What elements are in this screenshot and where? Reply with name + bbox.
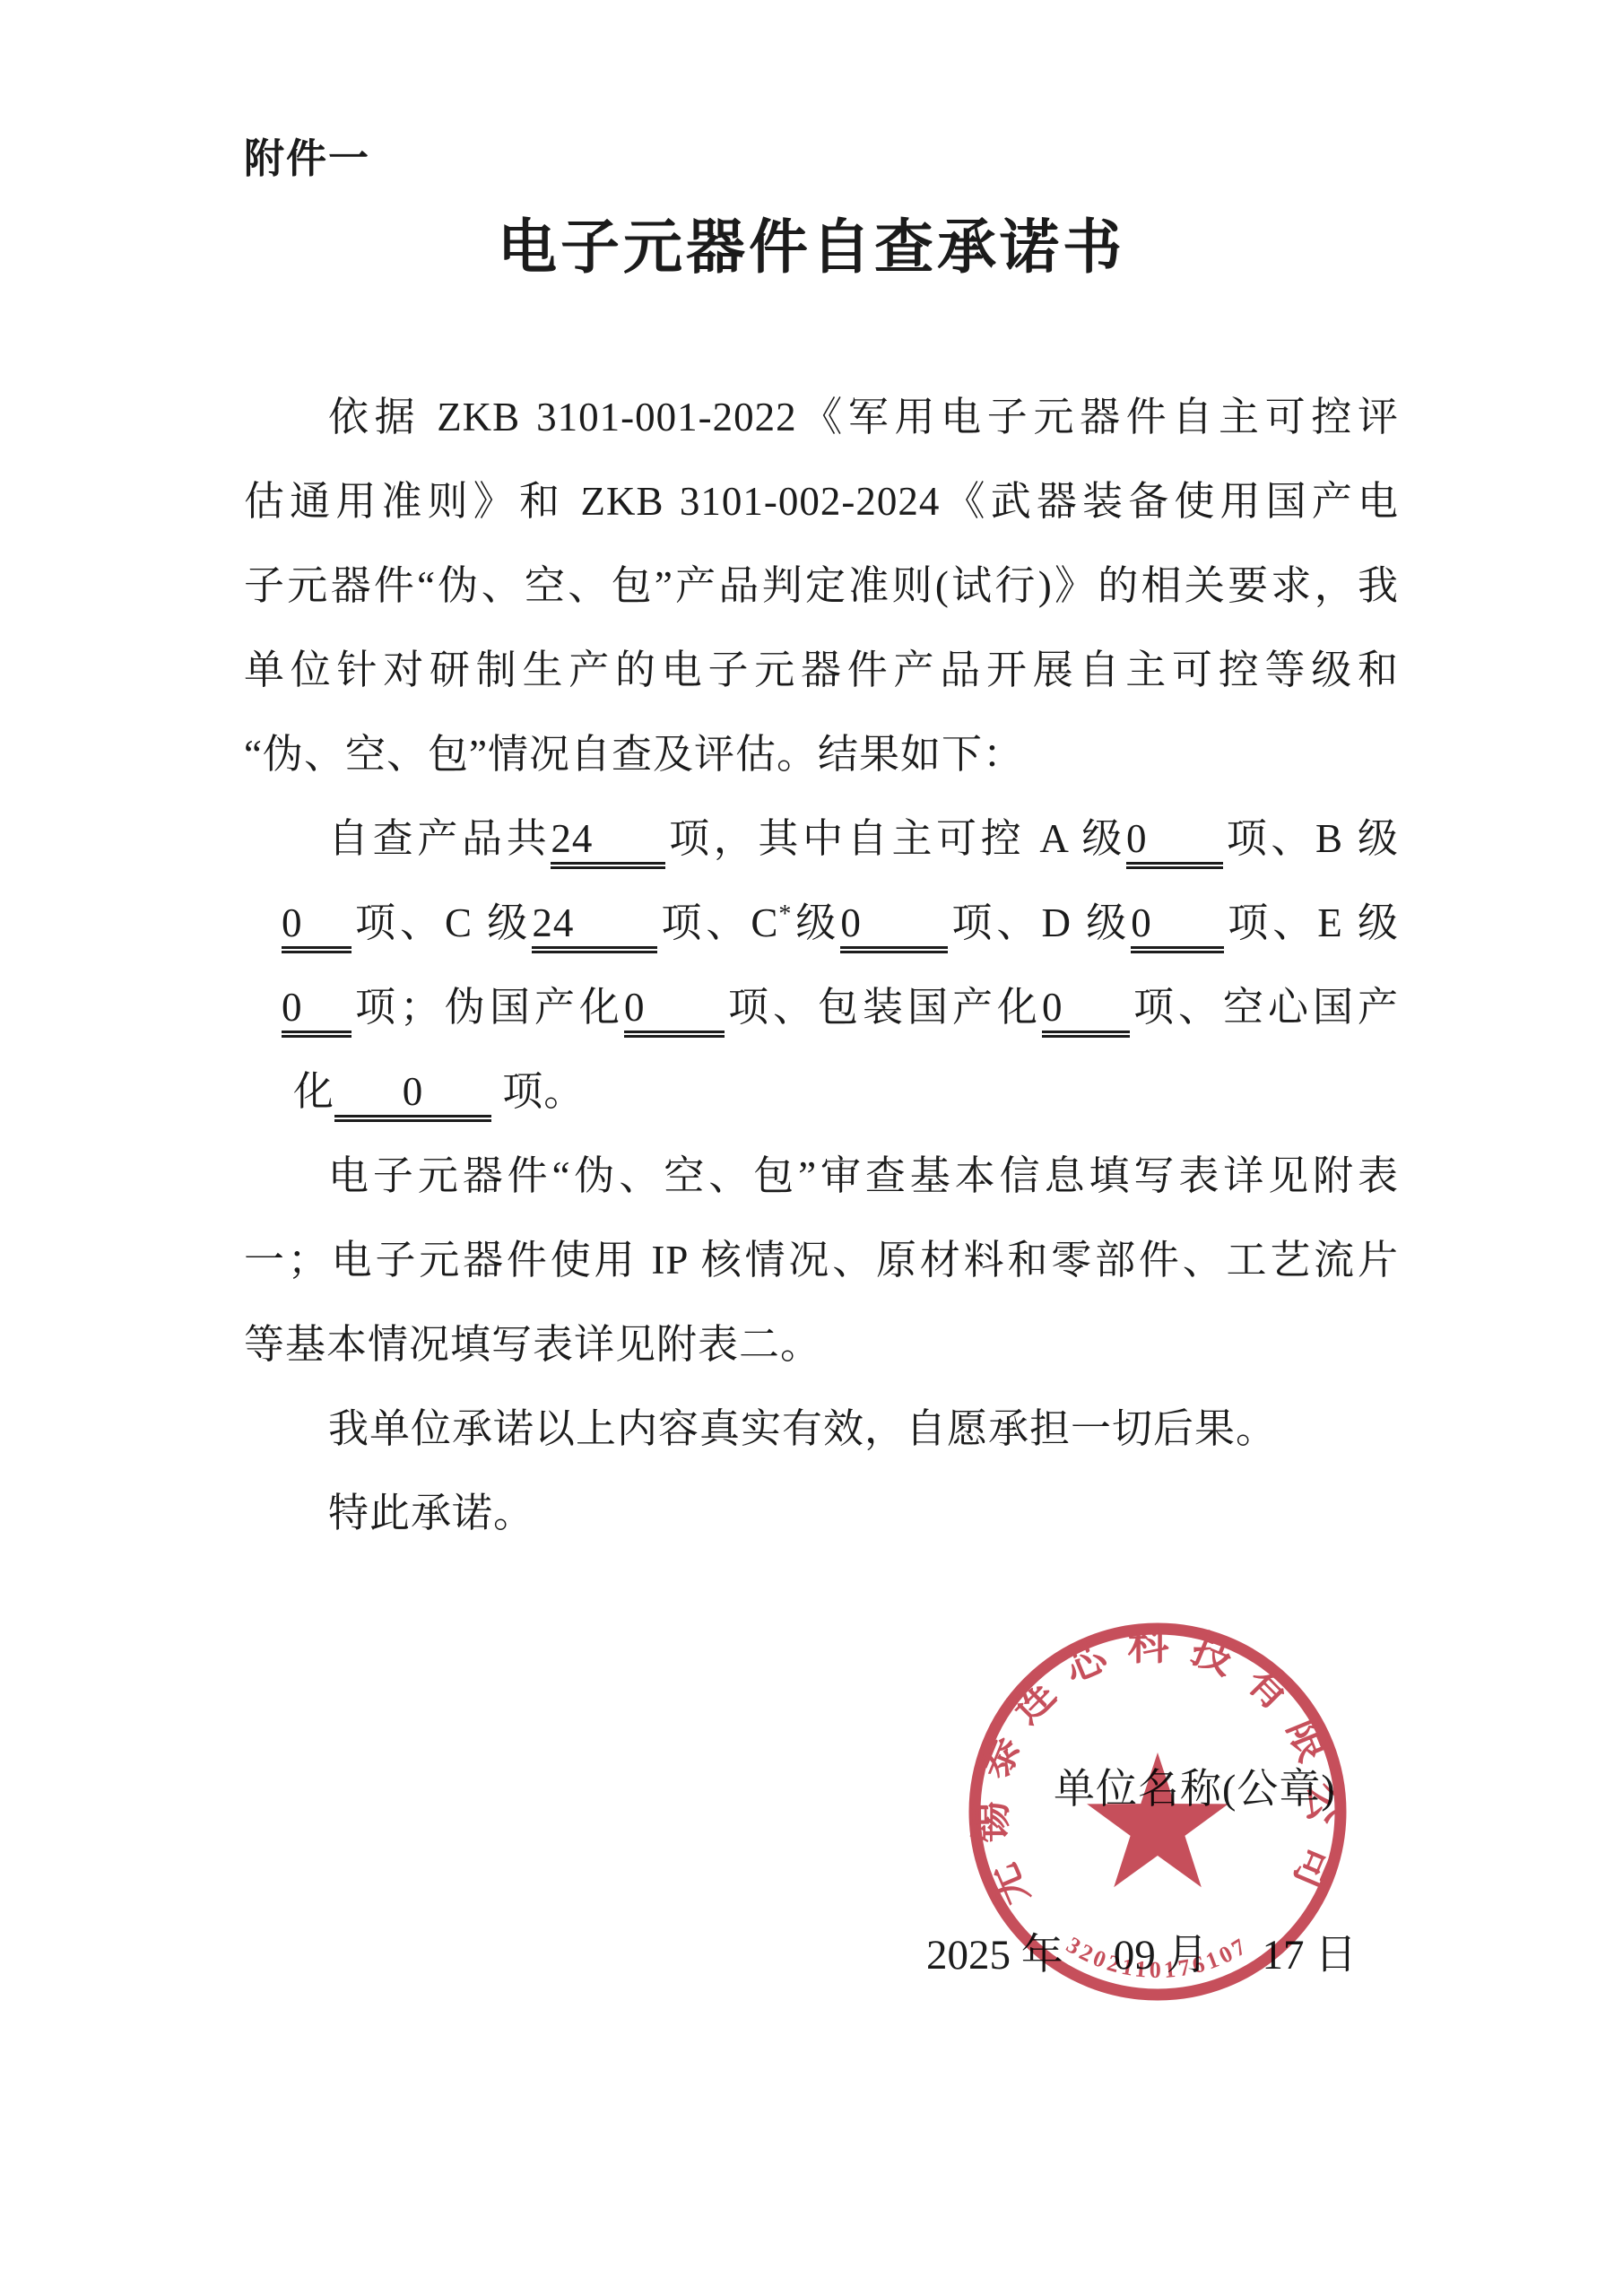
stats-text: 级 — [792, 900, 840, 945]
paragraph2-line: 电子元器件“伪、空、包”审查基本信息填写表详见附表 — [244, 1134, 1399, 1218]
seal-star-icon — [1087, 1752, 1228, 1887]
paragraph2-line: 一；电子元器件使用 IP 核情况、原材料和零部件、工艺流片 — [244, 1218, 1399, 1302]
blank-grade-a: 0 — [1126, 819, 1223, 869]
paragraph1-line: 估通用准则》和 ZKB 3101-002-2024《武器装备使用国产电 — [244, 459, 1399, 544]
stats-line-grades: 0项、C 级24项、C*级0项、D 级0项、E 级 — [244, 881, 1399, 965]
paragraph2-line: 等基本情况填写表详见附表二。 — [244, 1302, 1399, 1387]
paragraph1-line: 子元器件“伪、空、包”产品判定准则(试行)》的相关要求，我 — [244, 544, 1399, 628]
blank-grade-cstar: 0 — [840, 903, 948, 953]
paragraph1-line: 单位针对研制生产的电子元器件产品开展自主可控等级和 — [244, 628, 1399, 712]
commitment-line: 我单位承诺以上内容真实有效，自愿承担一切后果。 — [244, 1387, 1399, 1471]
company-seal-stamp: 无锡泰连芯科技有限公司 3202110176107 — [960, 1614, 1355, 2009]
stats-line-total: 自查产品共24项，其中自主可控 A 级0项、B 级 — [244, 796, 1399, 881]
stats-line-localization: 0项；伪国产化0项、包装国产化0项、空心国产 — [244, 965, 1399, 1049]
stats-text: 项、B 级 — [1223, 816, 1399, 861]
c-star-superscript: * — [778, 900, 792, 928]
stats-text: 项、包装国产化 — [725, 985, 1042, 1030]
blank-hollow-localization: 0 — [334, 1072, 491, 1122]
stats-line-hollow: 化0 项。 — [244, 1049, 1399, 1134]
blank-grade-e: 0 — [282, 987, 352, 1038]
closing-line: 特此承诺。 — [244, 1471, 1399, 1555]
stats-text: 化 — [293, 1069, 334, 1114]
stats-text: 项；伪国产化 — [352, 985, 624, 1030]
stats-text: 项、空心国产 — [1130, 985, 1399, 1030]
blank-grade-c: 24 — [532, 903, 657, 953]
attachment-label: 附件一 — [244, 126, 370, 184]
seal-serial-number: 3202110176107 — [1062, 1932, 1254, 1983]
blank-package-localization: 0 — [1042, 987, 1130, 1038]
paragraph1-line: 依据 ZKB 3101-001-2022《军用电子元器件自主可控评 — [244, 375, 1399, 459]
stats-text: 项。 — [502, 1069, 585, 1114]
document-body: 依据 ZKB 3101-001-2022《军用电子元器件自主可控评 估通用准则》… — [244, 375, 1399, 1555]
stats-text: 项、C — [657, 900, 778, 945]
blank-fake-localization: 0 — [624, 987, 725, 1038]
stats-text: 项、E 级 — [1224, 900, 1399, 945]
stats-text: 项、D 级 — [948, 900, 1131, 945]
blank-grade-b: 0 — [282, 903, 352, 953]
document-title: 电子元器件自查承诺书 — [0, 199, 1623, 284]
paragraph1-line: “伪、空、包”情况自查及评估。结果如下： — [244, 712, 1399, 796]
stats-text: 项、C 级 — [352, 900, 532, 945]
stats-text: 项，其中自主可控 A 级 — [665, 816, 1126, 861]
blank-grade-d: 0 — [1131, 903, 1224, 953]
blank-total-count: 24 — [551, 819, 665, 869]
stats-text: 自查产品共 — [328, 816, 551, 861]
document-page: 附件一 电子元器件自查承诺书 依据 ZKB 3101-001-2022《军用电子… — [0, 0, 1623, 2296]
